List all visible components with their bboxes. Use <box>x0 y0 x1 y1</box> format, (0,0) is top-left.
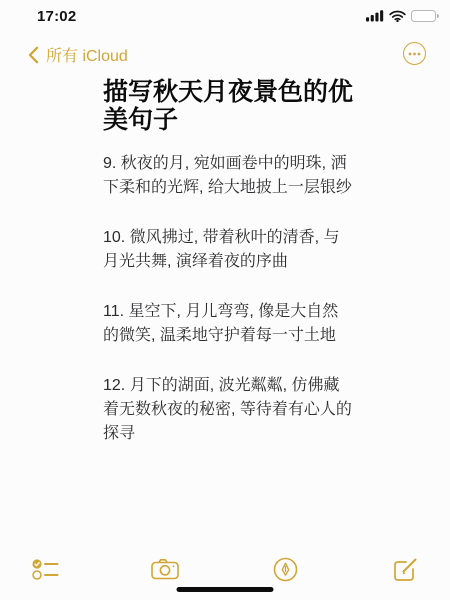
bottom-toolbar <box>0 553 450 585</box>
note-text-line: 11. 星空下, 月儿弯弯, 像是大自然 <box>103 300 403 324</box>
compose-button[interactable] <box>390 554 420 584</box>
status-icons <box>366 9 439 23</box>
note-title-line: 描写秋天月夜景色的优 <box>103 78 403 106</box>
note-editor[interactable]: 描写秋天月夜景色的优 美句子 9. 秋夜的月, 宛如画卷中的明珠, 洒 下柔和的… <box>103 78 403 472</box>
note-text-line: 探寻 <box>103 422 403 446</box>
note-text-line: 10. 微风拂过, 带着秋叶的清香, 与 <box>103 226 403 250</box>
clock: 17:02 <box>37 8 76 25</box>
checklist-icon <box>31 558 59 581</box>
checklist-button[interactable] <box>30 554 60 584</box>
note-paragraph: 9. 秋夜的月, 宛如画卷中的明珠, 洒 下柔和的光辉, 给大地披上一层银纱 <box>103 152 403 200</box>
compose-icon <box>392 556 419 583</box>
note-title-line: 美句子 <box>103 106 403 134</box>
note-paragraph: 12. 月下的湖面, 波光粼粼, 仿佛藏 着无数秋夜的秘密, 等待着有心人的 探… <box>103 374 403 446</box>
back-button-label: 所有 iCloud <box>46 43 128 66</box>
note-text-line: 下柔和的光辉, 给大地披上一层银纱 <box>103 176 403 200</box>
ellipsis-circle-icon <box>408 52 421 56</box>
camera-icon <box>151 558 179 580</box>
camera-button[interactable] <box>150 554 180 584</box>
battery-icon <box>411 10 439 22</box>
note-title: 描写秋天月夜景色的优 美句子 <box>103 78 403 134</box>
markup-icon <box>273 557 298 582</box>
chevron-back-icon <box>28 46 39 64</box>
note-text-line: 12. 月下的湖面, 波光粼粼, 仿佛藏 <box>103 374 403 398</box>
home-indicator[interactable] <box>177 587 274 592</box>
markup-button[interactable] <box>270 554 300 584</box>
status-bar: 17:02 <box>0 0 450 32</box>
wifi-icon <box>389 10 406 22</box>
nav-bar: 所有 iCloud <box>0 40 450 70</box>
back-button[interactable]: 所有 iCloud <box>28 43 128 66</box>
note-text-line: 的微笑, 温柔地守护着每一寸土地 <box>103 324 403 348</box>
cellular-signal-icon <box>366 10 384 22</box>
note-paragraph: 11. 星空下, 月儿弯弯, 像是大自然 的微笑, 温柔地守护着每一寸土地 <box>103 300 403 348</box>
note-paragraph: 10. 微风拂过, 带着秋叶的清香, 与 月光共舞, 演绎着夜的序曲 <box>103 226 403 274</box>
note-text-line: 月光共舞, 演绎着夜的序曲 <box>103 250 403 274</box>
note-text-line: 9. 秋夜的月, 宛如画卷中的明珠, 洒 <box>103 152 403 176</box>
more-button[interactable] <box>403 42 426 65</box>
note-text-line: 着无数秋夜的秘密, 等待着有心人的 <box>103 398 403 422</box>
